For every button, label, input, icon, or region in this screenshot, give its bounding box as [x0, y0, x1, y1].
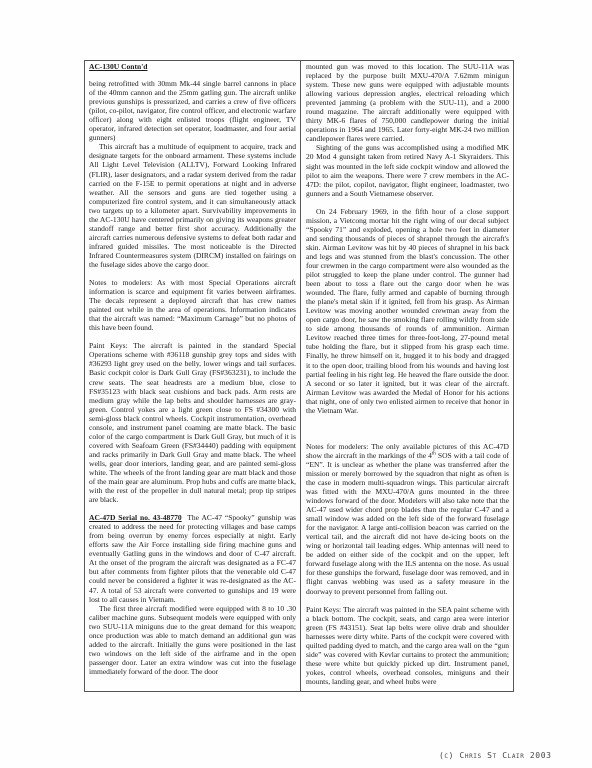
- section-heading-ac130u: AC-130U Contn'd: [89, 62, 296, 71]
- spacer: [89, 504, 296, 513]
- paragraph: being retrofitted with 30mm Mk-44 single…: [89, 79, 296, 142]
- paragraph: mounted gun was moved to this location. …: [306, 62, 509, 143]
- paragraph-text: The AC-47 “Spooky” gunship was created t…: [89, 513, 296, 603]
- paragraph: Sighting of the guns was accomplished us…: [306, 143, 509, 197]
- spacer: [306, 415, 509, 442]
- paragraph-notes-to-modelers: Notes to modelers: As with most Special …: [89, 278, 296, 332]
- right-column: mounted gun was moved to this location. …: [301, 61, 513, 691]
- spacer: [89, 332, 296, 341]
- document-page: AC-130U Contn'd being retrofitted with 3…: [0, 0, 592, 768]
- text-frame: AC-130U Contn'd being retrofitted with 3…: [84, 60, 514, 692]
- spacer: [89, 269, 296, 278]
- spacer: [306, 596, 509, 605]
- paragraph-paint-keys: Paint Keys: The aircraft was painted in …: [306, 605, 509, 686]
- section-heading-ac47d: AC-47D Serial no. 43-48770: [89, 513, 182, 522]
- left-column: AC-130U Contn'd being retrofitted with 3…: [85, 61, 301, 691]
- paragraph: The first three aircraft modified were e…: [89, 604, 296, 676]
- copyright-notice: (c) Chris St Clair 2003: [439, 751, 552, 760]
- paragraph-notes-for-modelers: Notes for modelers: The only available p…: [306, 442, 509, 596]
- paragraph-levitow: On 24 February 1969, in the fifth hour o…: [306, 207, 509, 415]
- paragraph-paint-keys: Paint Keys: The aircraft is painted in t…: [89, 341, 296, 504]
- paragraph-ac47d-intro: AC-47D Serial no. 43-48770 The AC-47 “Sp…: [89, 513, 296, 603]
- paragraph: This aircraft has a multitude of equipme…: [89, 142, 296, 269]
- spacer: [306, 198, 509, 207]
- notes-text: SOS with a tail code of “EN”. It is uncl…: [306, 451, 509, 596]
